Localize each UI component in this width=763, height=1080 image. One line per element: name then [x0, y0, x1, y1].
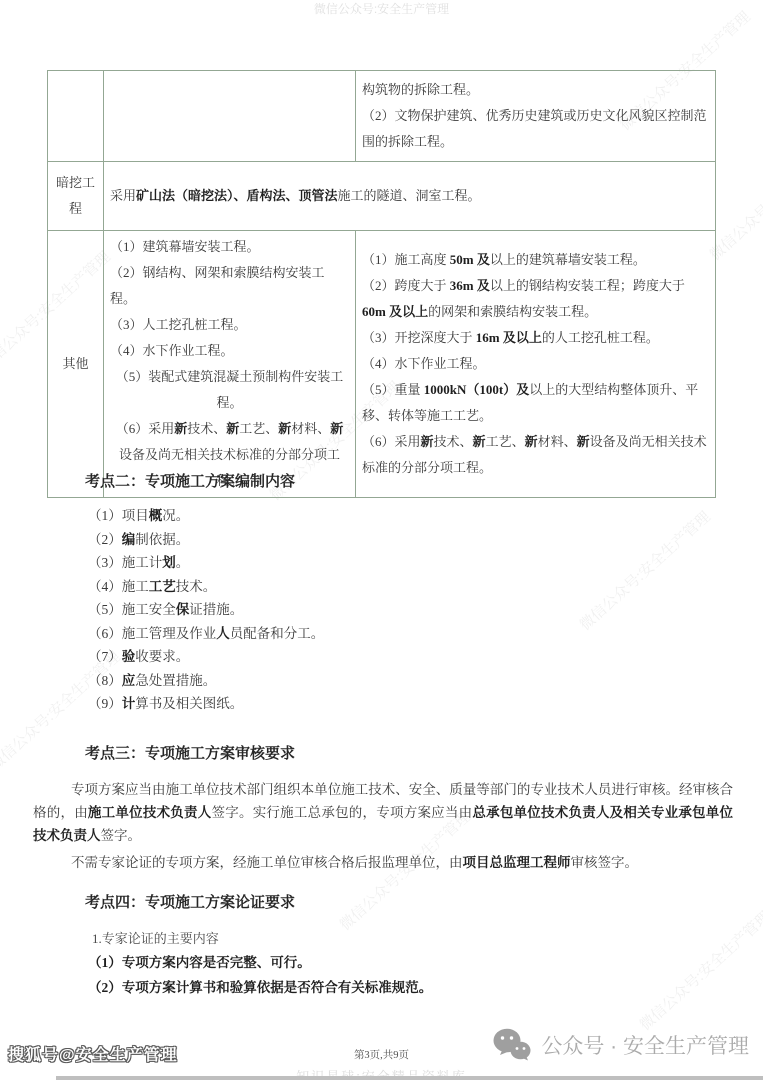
cell-text: （1）施工高度 50m 及以上的建筑幕墙安装工程。 — [362, 247, 709, 273]
list-item: （4）施工工艺技术。 — [88, 575, 324, 599]
kaodian3-paragraph: 不需专家论证的专项方案，经施工单位审核合格后报监理单位，由项目总监理工程师审核签… — [33, 851, 733, 874]
table-row-tunnel: 暗挖工程 采用矿山法（暗挖法）、盾构法、顶管法施工的隧道、洞室工程。 — [48, 162, 716, 231]
list-item: （7）验收要求。 — [88, 645, 324, 669]
cell-text: （2）文物保护建筑、优秀历史建筑或历史文化风貌区控制范围的拆除工程。 — [362, 103, 709, 155]
cell-text: （5）重量 1000kN（100t）及以上的大型结构整体顶升、平移、转体等施工工… — [362, 377, 709, 429]
cell-text: （5）装配式建筑混凝土预制构件安装工程。 — [110, 364, 349, 416]
kaodian4-intro: 1.专家论证的主要内容 — [92, 928, 219, 947]
section-title-kaodian4: 考点四：专项施工方案论证要求 — [85, 891, 295, 912]
cell-text: （1）建筑幕墙安装工程。 — [110, 234, 349, 260]
kaodian4-list: （1）专项方案内容是否完整、可行。 （2）专项方案计算书和验算依据是否符合有关标… — [88, 950, 432, 1000]
list-item: （6）施工管理及作业人员配备和分工。 — [88, 622, 324, 646]
list-item: （8）应急处置措施。 — [88, 669, 324, 693]
cell-text: （4）水下作业工程。 — [110, 338, 349, 364]
table-row-other: 其他 （1）建筑幕墙安装工程。 （2）钢结构、网架和索膜结构安装工程。 （3）人… — [48, 231, 716, 498]
criteria-left-cell — [104, 71, 356, 162]
kaodian2-list: （1）项目概况。 （2）编制依据。 （3）施工计划。 （4）施工工艺技术。 （5… — [88, 504, 324, 716]
watermark-diagonal: 微信公众号:安全生产管理 — [635, 906, 763, 1035]
section-title-kaodian3: 考点三：专项施工方案审核要求 — [85, 742, 295, 763]
list-item: （3）施工计划。 — [88, 551, 324, 575]
wechat-banner: 公众号 · 安全生产管理 — [493, 1028, 749, 1061]
kaodian3-paragraph: 专项方案应当由施工单位技术部门组织本单位施工技术、安全、质量等部门的专业技术人员… — [33, 778, 733, 848]
document-page: 微信公众号:安全生产管理 微信公众号:安全生产管理 微信公众号:安全生产管理 微… — [0, 0, 763, 1080]
list-item: （1）项目概况。 — [88, 504, 324, 528]
cell-text: （6）采用新技术、新工艺、新材料、新设备及尚无相关技术标准的分部分项工程。 — [362, 429, 709, 481]
section-title-kaodian2: 考点二：专项施工方案编制内容 — [85, 470, 295, 491]
list-item: （1）专项方案内容是否完整、可行。 — [88, 950, 432, 975]
row-label-cell — [48, 71, 104, 162]
watermark-diagonal: 微信公众号:安全生产管理 — [575, 506, 715, 635]
bottom-divider — [56, 1076, 763, 1080]
list-item: （2）专项方案计算书和验算依据是否符合有关标准规范。 — [88, 975, 432, 1000]
row-label-cell: 暗挖工程 — [48, 162, 104, 231]
criteria-left-cell: （1）建筑幕墙安装工程。 （2）钢结构、网架和索膜结构安装工程。 （3）人工挖孔… — [104, 231, 356, 498]
cell-text: （4）水下作业工程。 — [362, 351, 709, 377]
table-row-demolition: 构筑物的拆除工程。 （2）文物保护建筑、优秀历史建筑或历史文化风貌区控制范围的拆… — [48, 71, 716, 162]
list-item: （5）施工安全保证措施。 — [88, 598, 324, 622]
cell-text: （2）跨度大于 36m 及以上的钢结构安装工程；跨度大于 60m 及以上的网架和… — [362, 273, 709, 325]
cell-text: 构筑物的拆除工程。 — [362, 77, 709, 103]
cell-text: 采用矿山法（暗挖法）、盾构法、顶管法施工的隧道、洞室工程。 — [110, 183, 709, 209]
row-label-cell: 其他 — [48, 231, 104, 498]
cell-text: （3）人工挖孔桩工程。 — [110, 312, 349, 338]
wechat-label: 公众号 · 安全生产管理 — [541, 1030, 749, 1060]
hazard-works-table: 构筑物的拆除工程。 （2）文物保护建筑、优秀历史建筑或历史文化风貌区控制范围的拆… — [47, 70, 716, 498]
list-item: （2）编制依据。 — [88, 528, 324, 552]
list-item: （9）计算书及相关图纸。 — [88, 692, 324, 716]
watermark-top: 微信公众号:安全生产管理 — [0, 0, 763, 17]
cell-text: （3）开挖深度大于 16m 及以上的人工挖孔桩工程。 — [362, 325, 709, 351]
cell-text: （2）钢结构、网架和索膜结构安装工程。 — [110, 260, 349, 312]
tunnel-content-cell: 采用矿山法（暗挖法）、盾构法、顶管法施工的隧道、洞室工程。 — [104, 162, 716, 231]
wechat-icon — [493, 1028, 531, 1061]
criteria-right-cell: （1）施工高度 50m 及以上的建筑幕墙安装工程。 （2）跨度大于 36m 及以… — [356, 231, 716, 498]
criteria-right-cell: 构筑物的拆除工程。 （2）文物保护建筑、优秀历史建筑或历史文化风貌区控制范围的拆… — [356, 71, 716, 162]
